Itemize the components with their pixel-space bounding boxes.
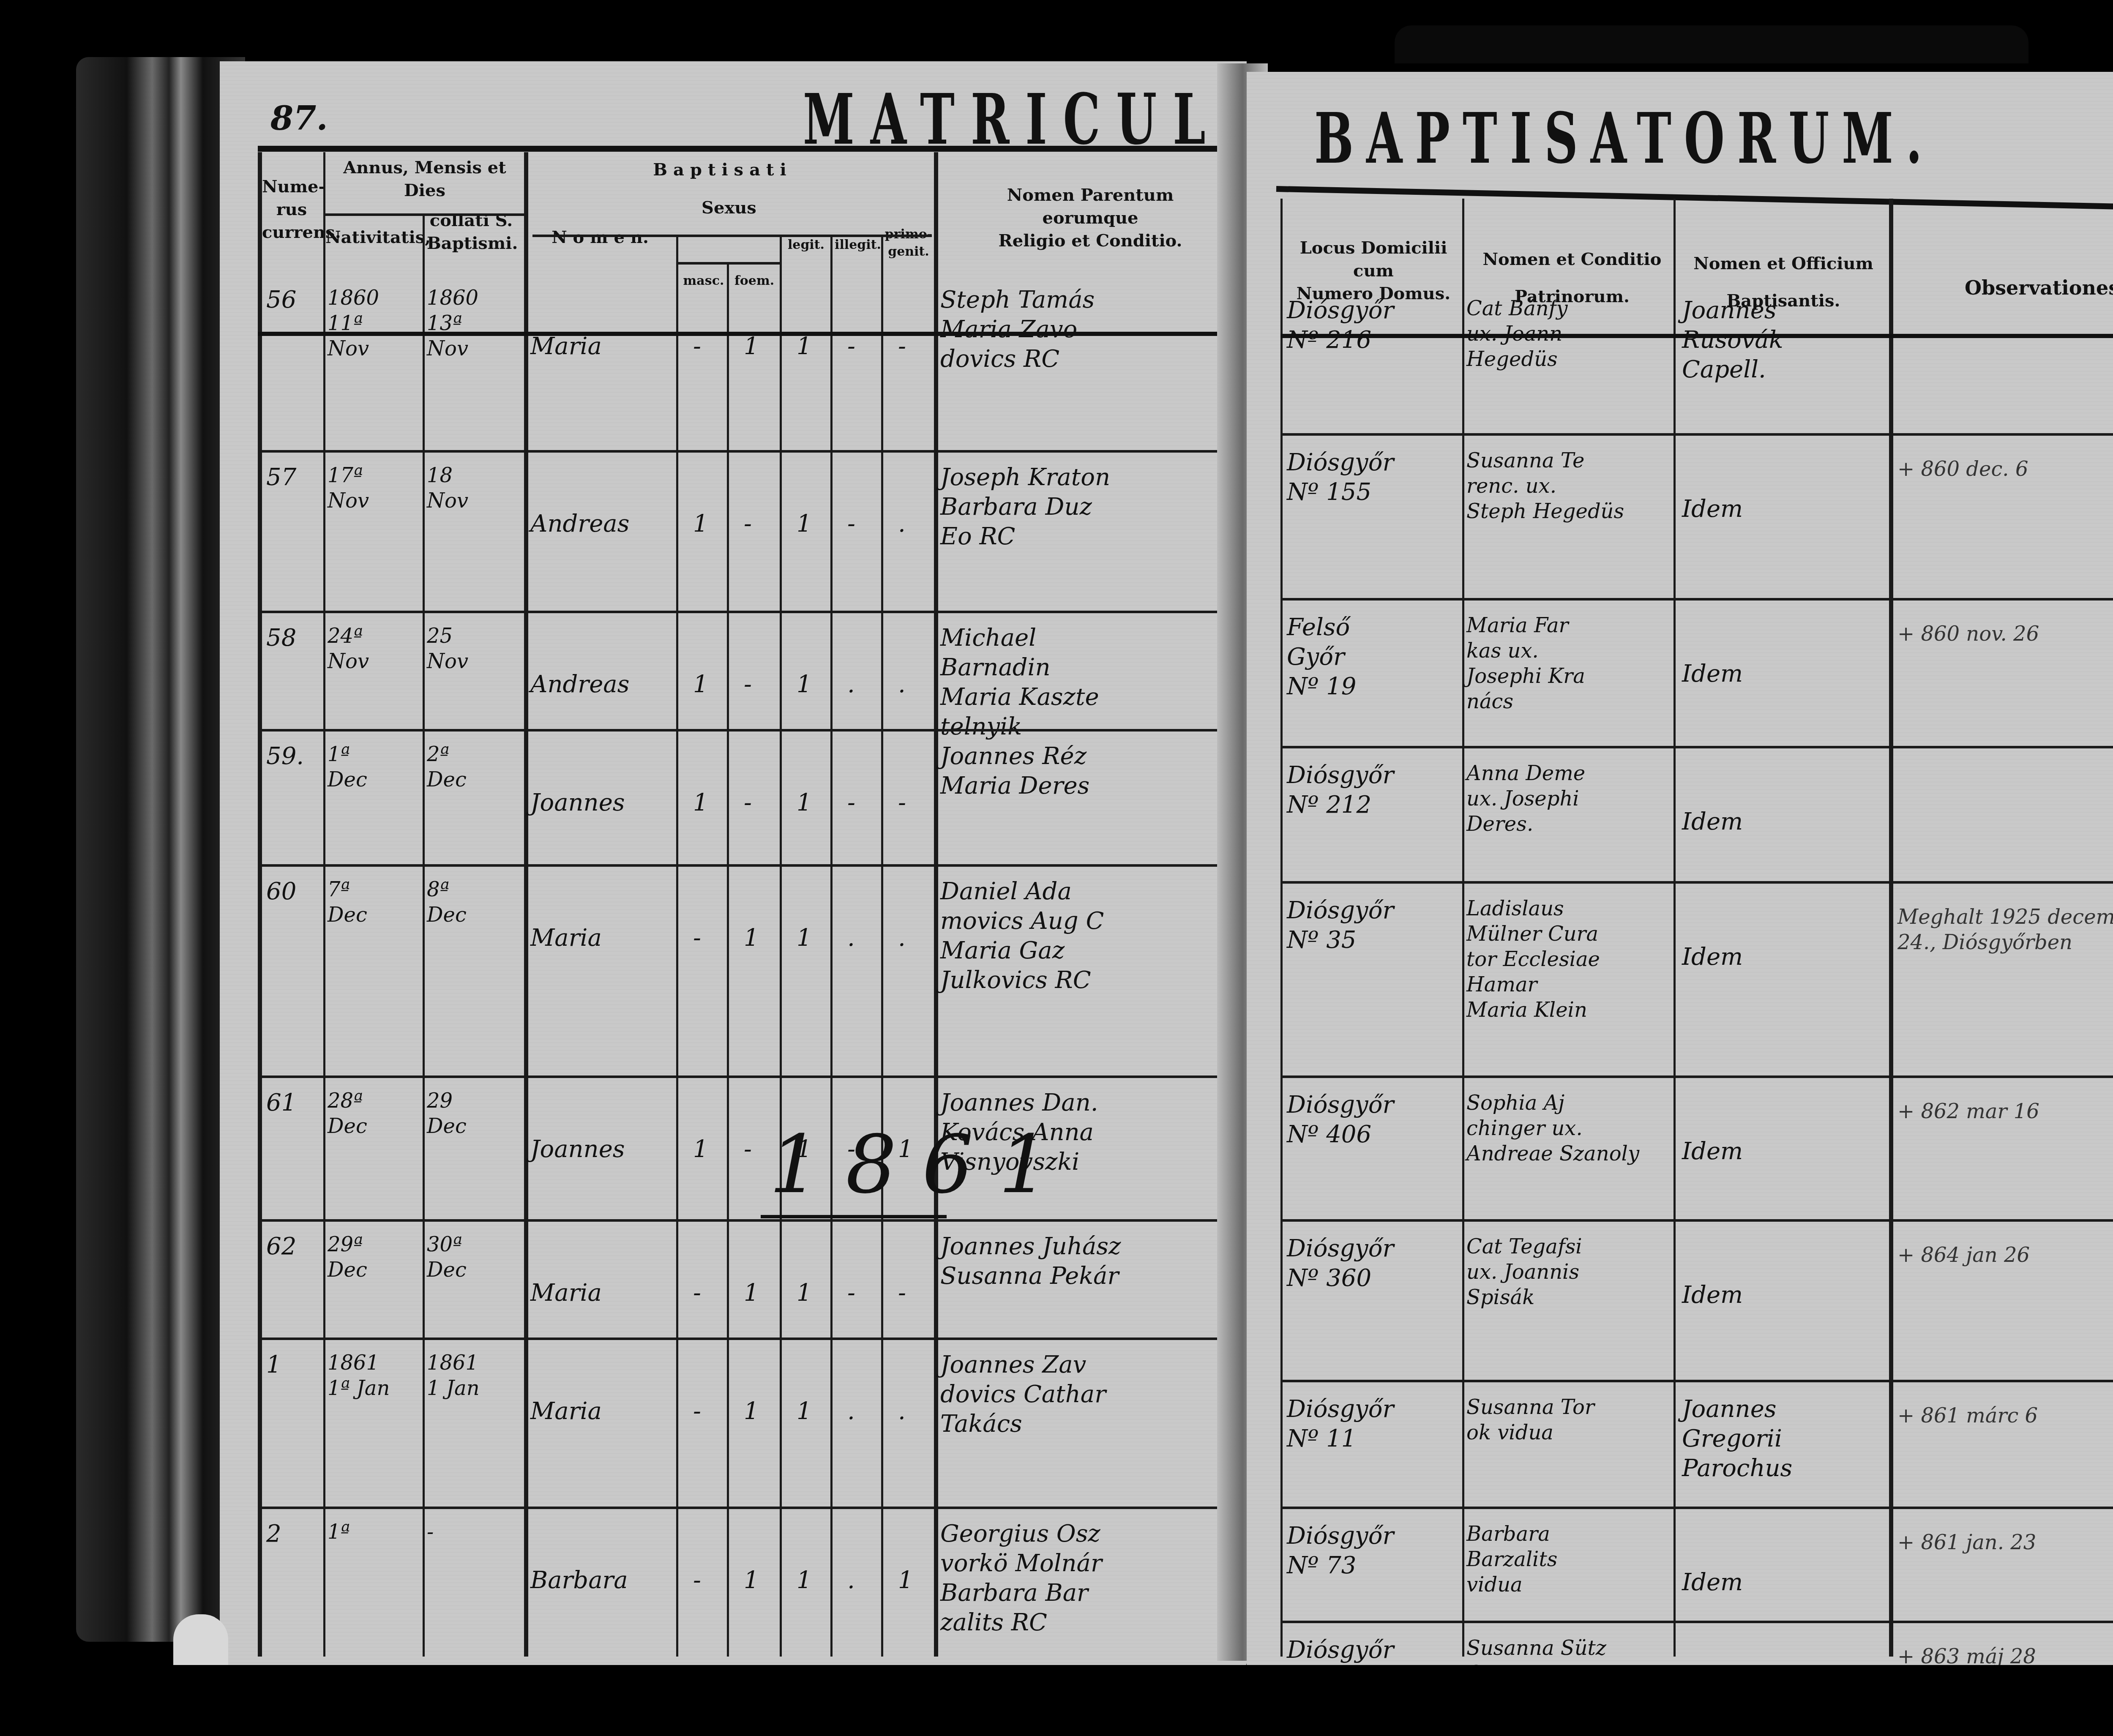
- scan-background: [0, 1665, 2113, 1736]
- right-row-baptisans: Idem: [1682, 942, 1885, 972]
- left-row-bapt: -: [427, 1519, 522, 1545]
- right-row-patrini: Susanna Tor ok vidua: [1466, 1395, 1673, 1445]
- header-sexus: Sexus: [680, 197, 778, 219]
- baptisati-subrule: [532, 235, 932, 237]
- left-row-foem: -: [744, 670, 769, 699]
- left-row-legit: 1: [797, 788, 822, 818]
- left-row-bapt: 1861 1 Jan: [427, 1350, 522, 1401]
- header-parentum: Nomen Parentum eorumque Religio et Condi…: [947, 184, 1234, 252]
- left-row-primo: -: [898, 332, 923, 361]
- header-locus: Locus Domicilii cum Numero Domus.: [1285, 237, 1462, 305]
- left-row-nat: 7ª Dec: [328, 877, 420, 928]
- right-row-obs: + 860 dec. 6: [1897, 456, 2113, 482]
- left-row-foem: -: [744, 509, 769, 539]
- row-divider: [1280, 598, 2113, 601]
- right-row-obs: + 862 mar 16: [1897, 1099, 2113, 1124]
- left-row-bapt: 30ª Dec: [427, 1232, 522, 1283]
- column-line: [1889, 199, 1893, 1657]
- column-line: [830, 237, 833, 1657]
- row-divider: [258, 864, 1247, 867]
- left-row-nomen: Maria: [530, 1278, 674, 1308]
- left-row-bapt: 18 Nov: [427, 463, 522, 513]
- left-row-illegit: -: [847, 788, 873, 818]
- header-annus-group: Annus, Mensis et Dies: [328, 156, 522, 202]
- right-row-patrini: Susanna Te renc. ux. Steph Hegedüs: [1466, 448, 1673, 524]
- left-row-nomen: Joannes: [530, 788, 674, 818]
- row-divider: [1280, 1380, 2113, 1382]
- left-row-nomen: Maria: [530, 923, 674, 953]
- header-baptismi: collati S. Baptismi.: [427, 209, 516, 255]
- right-row-locus: Diósgyőr Nº 35: [1287, 896, 1460, 955]
- left-row-nat: 1ª Dec: [328, 742, 420, 792]
- column-line: [258, 152, 262, 1657]
- right-row-locus: Diósgyőr Nº 216: [1287, 296, 1460, 355]
- row-divider: [1280, 1621, 2113, 1623]
- left-row-parents: Joannes Réz Maria Deres: [940, 742, 1245, 801]
- left-row-nat: 1ª: [328, 1519, 420, 1545]
- column-line: [423, 216, 425, 1657]
- left-row-legit: 1: [797, 923, 822, 953]
- left-row-masc: -: [693, 923, 718, 953]
- left-row-nomen: Maria: [530, 332, 674, 361]
- right-row-baptisans: Idem: [1682, 1568, 1885, 1597]
- left-row-masc: 1: [693, 509, 718, 539]
- left-row-illegit: .: [847, 923, 873, 953]
- row-divider: [258, 1337, 1247, 1340]
- column-line: [881, 237, 883, 1657]
- left-row-masc: 1: [693, 1135, 718, 1164]
- left-row-parents: Steph Tamás Maria Zavo dovics RC: [940, 285, 1245, 374]
- left-row-bapt: 29 Dec: [427, 1088, 522, 1139]
- left-row-masc: 1: [693, 788, 718, 818]
- left-row-parents: Joannes Zav dovics Cathar Takács: [940, 1350, 1245, 1439]
- header-masc: masc.: [678, 273, 729, 290]
- left-row-illegit: .: [847, 670, 873, 699]
- left-row-nomen: Joannes: [530, 1135, 674, 1164]
- left-row-illegit: -: [847, 332, 873, 361]
- row-divider: [258, 729, 1247, 732]
- right-row-baptisans: Idem: [1682, 659, 1885, 689]
- header-top-rule: [258, 146, 1247, 152]
- left-page: 87. MATRICULA Nume- rus currens. Annus, …: [220, 61, 1247, 1667]
- left-row-masc: -: [693, 1278, 718, 1308]
- book-cover-top: [1395, 25, 2028, 63]
- left-row-primo: .: [898, 670, 923, 699]
- left-row-illegit: -: [847, 1278, 873, 1308]
- left-row-primo: .: [898, 509, 923, 539]
- left-row-bapt: 8ª Dec: [427, 877, 522, 928]
- left-row-parents: Daniel Ada movics Aug C Maria Gaz Julkov…: [940, 877, 1245, 995]
- left-row-primo: -: [898, 788, 923, 818]
- header-nomen: N o m e n.: [532, 226, 668, 249]
- right-row-locus: Diósgyőr Nº 406: [1287, 1090, 1460, 1149]
- left-row-nat: 28ª Dec: [328, 1088, 420, 1139]
- right-row-patrini: Anna Deme ux. Josephi Deres.: [1466, 761, 1673, 837]
- year-divider-underline: [761, 1215, 947, 1218]
- left-row-nat: 24ª Nov: [328, 623, 420, 674]
- left-row-parents: Michael Barnadin Maria Kaszte telnyik: [940, 623, 1245, 742]
- left-row-foem: 1: [744, 332, 769, 361]
- left-row-foem: 1: [744, 923, 769, 953]
- left-row-primo: .: [898, 1397, 923, 1426]
- left-row-foem: 1: [744, 1397, 769, 1426]
- right-row-obs: + 861 jan. 23: [1897, 1530, 2113, 1555]
- left-row-primo: .: [898, 923, 923, 953]
- right-row-locus: Diósgyőr Nº 212: [1287, 761, 1460, 820]
- right-page: BAPTISATORUM. 88. Locus Domicilii cum Nu…: [1247, 72, 2113, 1665]
- left-row-legit: 1: [797, 332, 822, 361]
- header-legit: legit.: [782, 237, 830, 254]
- left-row-masc: -: [693, 1566, 718, 1595]
- left-row-num: 62: [266, 1232, 321, 1261]
- row-divider: [1280, 1219, 2113, 1222]
- left-row-num: 58: [266, 623, 321, 653]
- header-numerus: Nume- rus currens.: [262, 175, 321, 244]
- right-row-patrini: Sophia Aj chinger ux. Andreae Szanoly: [1466, 1090, 1673, 1166]
- left-row-masc: -: [693, 332, 718, 361]
- column-line: [1462, 199, 1464, 1657]
- row-divider: [258, 1075, 1247, 1078]
- right-row-patrini: Cat Bánfy ux. Joann Hegedüs: [1466, 296, 1673, 372]
- header-nativitatis: Nativitatis,: [325, 226, 423, 249]
- left-row-bapt: 1860 13ª Nov: [427, 285, 522, 361]
- right-row-locus: Diósgyőr Nº 11: [1287, 1395, 1460, 1454]
- header-baptisati-group: Baptisati: [532, 158, 913, 181]
- left-row-legit: 1: [797, 509, 822, 539]
- left-row-nat: 1860 11ª Nov: [328, 285, 420, 361]
- left-row-foem: -: [744, 1135, 769, 1164]
- right-row-locus: Diósgyőr Nº 155: [1287, 448, 1460, 507]
- right-row-baptisans: Idem: [1682, 1280, 1885, 1310]
- column-line: [323, 152, 325, 1657]
- left-row-nomen: Andreas: [530, 670, 674, 699]
- right-row-patrini: Maria Far kas ux. Josephi Kra nács: [1466, 613, 1673, 714]
- right-row-obs: + 861 márc 6: [1897, 1403, 2113, 1428]
- column-line: [676, 237, 678, 1657]
- row-divider: [1280, 881, 2113, 884]
- left-row-illegit: .: [847, 1397, 873, 1426]
- right-row-locus: Felső Győr Nº 19: [1287, 613, 1460, 701]
- left-row-nomen: Andreas: [530, 509, 674, 539]
- column-line: [1673, 199, 1676, 1657]
- left-row-primo: -: [898, 1278, 923, 1308]
- row-divider: [258, 450, 1247, 453]
- row-divider: [258, 611, 1247, 613]
- page-title-right: BAPTISATORUM.: [1314, 97, 1935, 179]
- left-row-parents: Joseph Kraton Barbara Duz Eo RC: [940, 463, 1245, 551]
- right-row-baptisans: Joannes Gregorii Parochus: [1682, 1395, 1885, 1483]
- left-row-masc: 1: [693, 670, 718, 699]
- left-row-num: 57: [266, 463, 321, 492]
- right-row-patrini: Cat Tegafsi ux. Joannis Spisák: [1466, 1234, 1673, 1310]
- left-row-num: 60: [266, 877, 321, 906]
- right-row-baptisans: Idem: [1682, 1137, 1885, 1166]
- right-row-obs: + 860 nov. 26: [1897, 621, 2113, 647]
- right-row-patrini: Barbara Barzalits vidua: [1466, 1521, 1673, 1597]
- right-row-locus: Diósgyőr Nº 73: [1287, 1521, 1460, 1580]
- left-row-illegit: -: [847, 509, 873, 539]
- left-row-nomen: Barbara: [530, 1566, 674, 1595]
- left-row-num: 1: [266, 1350, 321, 1380]
- column-line: [1280, 199, 1283, 1657]
- column-line: [524, 152, 528, 1657]
- row-divider: [1280, 1507, 2113, 1509]
- left-row-parents: Georgius Osz vorkö Molnár Barbara Bar za…: [940, 1519, 1245, 1638]
- left-row-num: 2: [266, 1519, 321, 1549]
- left-row-legit: 1: [797, 1566, 822, 1595]
- left-row-masc: -: [693, 1397, 718, 1426]
- row-divider: [1280, 433, 2113, 436]
- row-divider: [258, 1507, 1247, 1509]
- right-row-baptisans: Joannes Rusovák Capell.: [1682, 296, 1885, 385]
- left-row-primo: 1: [898, 1566, 923, 1595]
- sexus-subrule: [678, 262, 780, 265]
- right-row-obs: + 864 jan 26: [1897, 1242, 2113, 1268]
- left-row-legit: 1: [797, 1397, 822, 1426]
- left-row-parents: Joannes Juhász Susanna Pekár: [940, 1232, 1245, 1291]
- header-primogenit: primo- genit.: [883, 226, 934, 260]
- left-row-nat: 17ª Nov: [328, 463, 420, 513]
- row-divider: [1280, 1075, 2113, 1078]
- left-row-illegit: .: [847, 1566, 873, 1595]
- left-row-num: 59.: [266, 742, 321, 771]
- right-row-patrini: Ladislaus Mülner Cura tor Ecclesiae Hama…: [1466, 896, 1673, 1023]
- left-row-legit: 1: [797, 1278, 822, 1308]
- left-row-foem: -: [744, 788, 769, 818]
- row-divider: [1280, 746, 2113, 748]
- left-row-legit: 1: [797, 670, 822, 699]
- left-row-bapt: 25 Nov: [427, 623, 522, 674]
- left-row-num: 56: [266, 285, 321, 315]
- left-row-foem: 1: [744, 1566, 769, 1595]
- right-row-baptisans: Idem: [1682, 807, 1885, 837]
- row-divider: [258, 1219, 1247, 1222]
- left-row-nat: 29ª Dec: [328, 1232, 420, 1283]
- left-row-nat: 1861 1ª Jan: [328, 1350, 420, 1401]
- column-line: [727, 264, 729, 1657]
- left-row-bapt: 2ª Dec: [427, 742, 522, 792]
- year-divider-1861: 1861: [769, 1118, 1075, 1211]
- left-row-nomen: Maria: [530, 1397, 674, 1426]
- header-foem: foem.: [729, 273, 780, 290]
- header-observationes: Observationes.: [1897, 275, 2113, 301]
- header-illegit: illegit.: [833, 237, 883, 254]
- annus-subrule: [325, 213, 524, 216]
- left-row-num: 61: [266, 1088, 321, 1118]
- right-row-obs: Meghalt 1925 december 24., Diósgyőrben: [1897, 904, 2113, 955]
- page-number-left: 87.: [270, 99, 328, 138]
- right-row-locus: Diósgyőr Nº 360: [1287, 1234, 1460, 1293]
- column-line: [780, 237, 782, 1657]
- right-row-baptisans: Idem: [1682, 494, 1885, 524]
- column-line: [934, 152, 938, 1657]
- left-row-foem: 1: [744, 1278, 769, 1308]
- header-top-rule: [1276, 186, 2113, 212]
